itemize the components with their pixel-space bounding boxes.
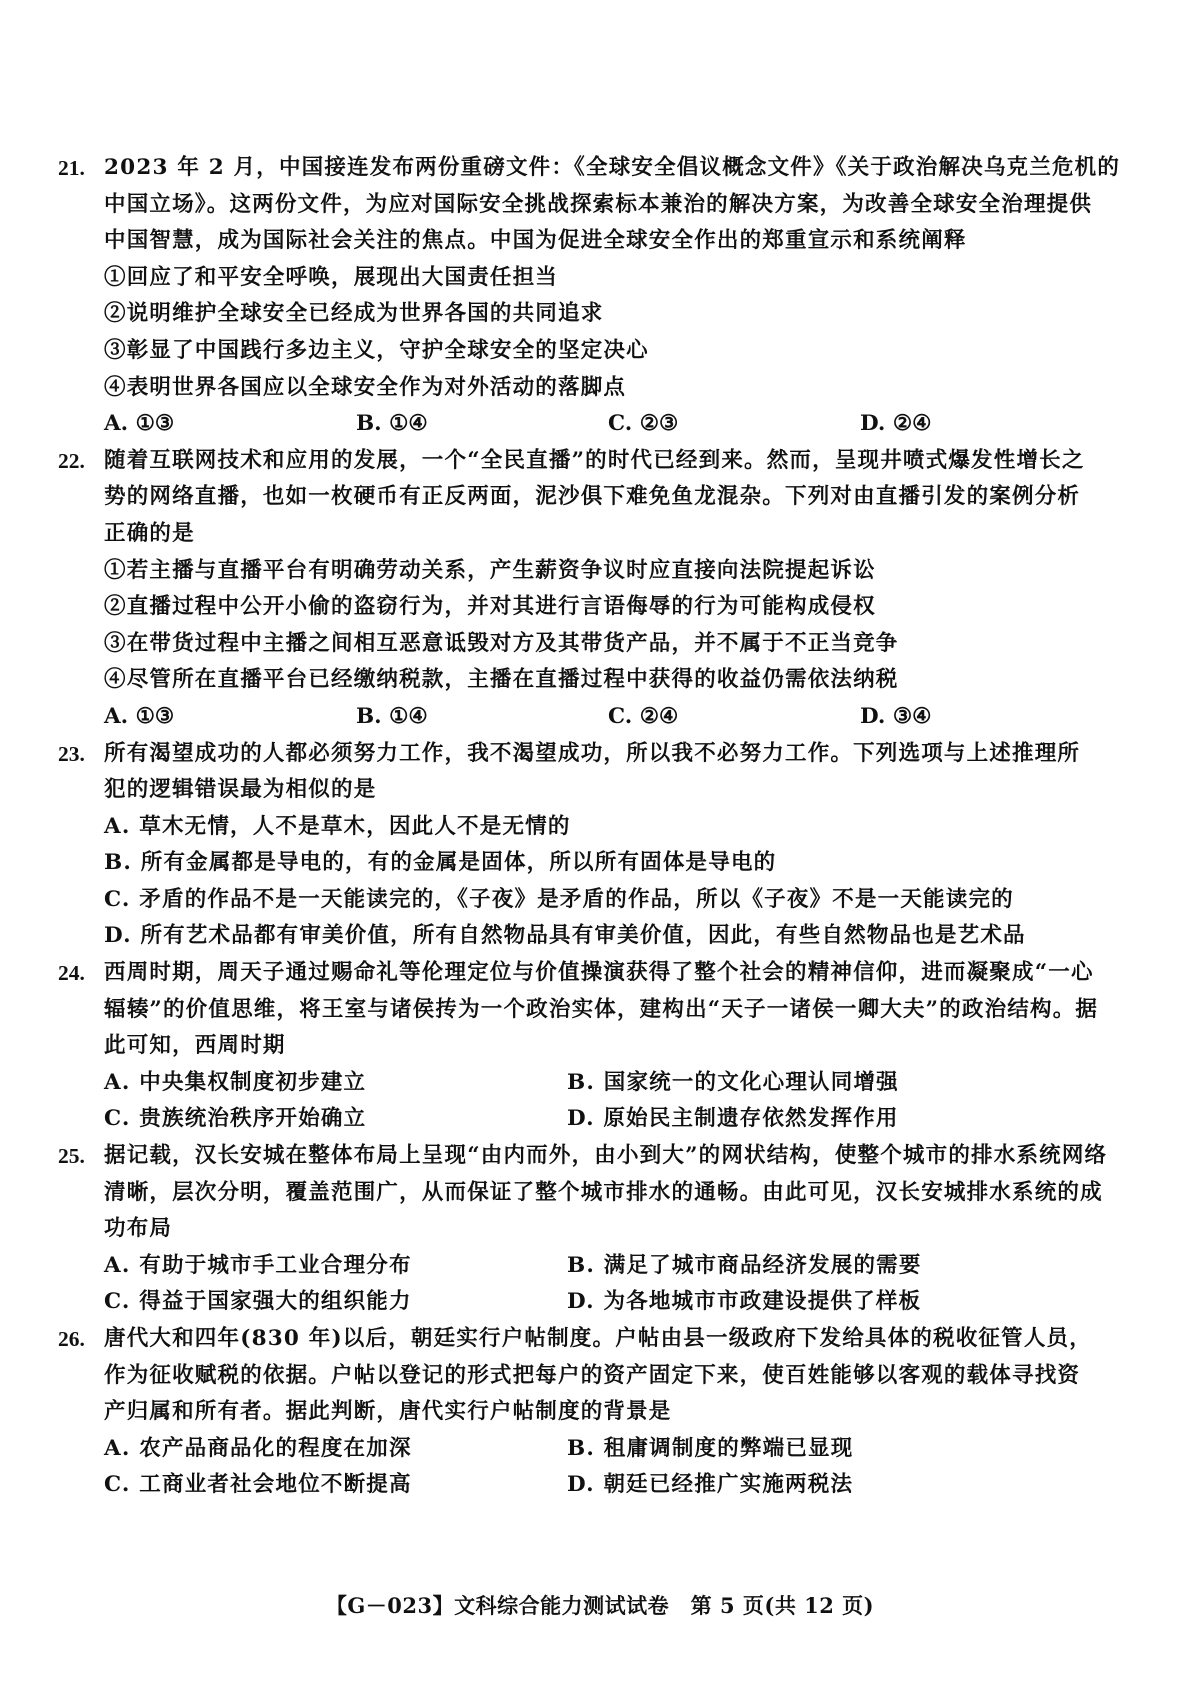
option-a: A. 有助于城市手工业合理分布 bbox=[104, 1248, 567, 1285]
statement-3: ③彰显了中国践行多边主义，守护全球安全的坚定决心 bbox=[104, 333, 1114, 370]
exam-page: 21. 2023 年 2 月，中国接连发布两份重磅文件：《全球安全倡议概念文件》… bbox=[0, 0, 1200, 1697]
statement-1: ①若主播与直播平台有明确劳动关系，产生薪资争议时应直接向法院提起诉讼 bbox=[104, 553, 1114, 590]
option-b: B. ①④ bbox=[356, 699, 608, 736]
stem-line: 犯的逻辑错误最为相似的是 bbox=[104, 772, 1114, 809]
question-24: 24. 西周时期，周天子通过赐命礼等伦理定位与价值操演获得了整个社会的精神信仰，… bbox=[104, 955, 1114, 1138]
stem-line: 唐代大和四年(830 年)以后，朝廷实行户帖制度。户帖由县一级政府下发给具体的税… bbox=[104, 1321, 1114, 1358]
stem-line: 正确的是 bbox=[104, 516, 1114, 553]
statement-1: ①回应了和平安全呼唤，展现出大国责任担当 bbox=[104, 260, 1114, 297]
option-d: D. 朝廷已经推广实施两税法 bbox=[567, 1467, 1030, 1504]
statement-4: ④表明世界各国应以全球安全作为对外活动的落脚点 bbox=[104, 370, 1114, 407]
statement-2: ②说明维护全球安全已经成为世界各国的共同追求 bbox=[104, 296, 1114, 333]
option-c: C. 贵族统治秩序开始确立 bbox=[104, 1101, 567, 1138]
option-c: C. 矛盾的作品不是一天能读完的，《子夜》是矛盾的作品，所以《子夜》不是一天能读… bbox=[104, 882, 1114, 919]
question-stem: 22. 随着互联网技术和应用的发展，一个“全民直播”的时代已经到来。然而，呈现井… bbox=[104, 443, 1114, 553]
option-b: B. 租庸调制度的弊端已显现 bbox=[567, 1431, 1030, 1468]
stem-line: 势的网络直播，也如一枚硬币有正反两面，泥沙俱下难免鱼龙混杂。下列对由直播引发的案… bbox=[104, 479, 1114, 516]
question-stem: 25. 据记载，汉长安城在整体布局上呈现“由内而外，由小到大”的网状结构，使整个… bbox=[104, 1138, 1114, 1248]
stem-line: 功布局 bbox=[104, 1211, 1114, 1248]
option-b: B. ①④ bbox=[356, 406, 608, 443]
option-a: A. 农产品商品化的程度在加深 bbox=[104, 1431, 567, 1468]
question-number: 25. bbox=[58, 1138, 85, 1175]
statement-2: ②直播过程中公开小偷的盗窃行为，并对其进行言语侮辱的行为可能构成侵权 bbox=[104, 589, 1114, 626]
stem-line: 中国智慧，成为国际社会关注的焦点。中国为促进全球安全作出的郑重宣示和系统阐释 bbox=[104, 223, 1114, 260]
stem-line: 作为征收赋税的依据。户帖以登记的形式把每户的资产固定下来，使百姓能够以客观的载体… bbox=[104, 1358, 1114, 1395]
option-a: A. 草木无情，人不是草木，因此人不是无情的 bbox=[104, 809, 1114, 846]
answer-options-row-2: C. 贵族统治秩序开始确立 D. 原始民主制遗存依然发挥作用 bbox=[104, 1101, 1114, 1138]
question-list: 21. 2023 年 2 月，中国接连发布两份重磅文件：《全球安全倡议概念文件》… bbox=[104, 150, 1114, 1504]
answer-options-row-1: A. 有助于城市手工业合理分布 B. 满足了城市商品经济发展的需要 bbox=[104, 1248, 1114, 1285]
option-d: D. 原始民主制遗存依然发挥作用 bbox=[567, 1101, 1030, 1138]
question-21: 21. 2023 年 2 月，中国接连发布两份重磅文件：《全球安全倡议概念文件》… bbox=[104, 150, 1114, 443]
option-b: B. 国家统一的文化心理认同增强 bbox=[567, 1065, 1030, 1102]
question-25: 25. 据记载，汉长安城在整体布局上呈现“由内而外，由小到大”的网状结构，使整个… bbox=[104, 1138, 1114, 1321]
question-stem: 21. 2023 年 2 月，中国接连发布两份重磅文件：《全球安全倡议概念文件》… bbox=[104, 150, 1114, 260]
option-d: D. 所有艺术品都有审美价值，所有自然物品具有审美价值，因此，有些自然物品也是艺… bbox=[104, 918, 1114, 955]
statement-3: ③在带货过程中主播之间相互恶意诋毁对方及其带货产品，并不属于不正当竞争 bbox=[104, 626, 1114, 663]
option-b: B. 满足了城市商品经济发展的需要 bbox=[567, 1248, 1030, 1285]
question-number: 23. bbox=[58, 736, 85, 773]
answer-options-row-2: C. 工商业者社会地位不断提高 D. 朝廷已经推广实施两税法 bbox=[104, 1467, 1114, 1504]
stem-line: 此可知，西周时期 bbox=[104, 1028, 1114, 1065]
option-c: C. ②③ bbox=[608, 406, 860, 443]
page-footer: 【G－023】文科综合能力测试试卷 第 5 页(共 12 页) bbox=[0, 1590, 1200, 1620]
option-c: C. 工商业者社会地位不断提高 bbox=[104, 1467, 567, 1504]
option-d: D. ③④ bbox=[860, 699, 1112, 736]
stem-line: 西周时期，周天子通过赐命礼等伦理定位与价值操演获得了整个社会的精神信仰，进而凝聚… bbox=[104, 955, 1114, 992]
question-number: 22. bbox=[58, 443, 85, 480]
stem-line: 产归属和所有者。据此判断，唐代实行户帖制度的背景是 bbox=[104, 1394, 1114, 1431]
option-d: D. 为各地城市市政建设提供了样板 bbox=[567, 1284, 1030, 1321]
question-26: 26. 唐代大和四年(830 年)以后，朝廷实行户帖制度。户帖由县一级政府下发给… bbox=[104, 1321, 1114, 1504]
stem-line: 据记载，汉长安城在整体布局上呈现“由内而外，由小到大”的网状结构，使整个城市的排… bbox=[104, 1138, 1114, 1175]
option-c: C. 得益于国家强大的组织能力 bbox=[104, 1284, 567, 1321]
answer-options: A. ①③ B. ①④ C. ②③ D. ②④ bbox=[104, 406, 1114, 443]
stem-line: 随着互联网技术和应用的发展，一个“全民直播”的时代已经到来。然而，呈现井喷式爆发… bbox=[104, 443, 1114, 480]
stem-line: 所有渴望成功的人都必须努力工作，我不渴望成功，所以我不必努力工作。下列选项与上述… bbox=[104, 736, 1114, 773]
stem-line: 辐辏”的价值思维，将王室与诸侯抟为一个政治实体，建构出“天子一诸侯一卿大夫”的政… bbox=[104, 992, 1114, 1029]
statement-4: ④尽管所在直播平台已经缴纳税款，主播在直播过程中获得的收益仍需依法纳税 bbox=[104, 662, 1114, 699]
question-stem: 23. 所有渴望成功的人都必须努力工作，我不渴望成功，所以我不必努力工作。下列选… bbox=[104, 736, 1114, 809]
option-d: D. ②④ bbox=[860, 406, 1112, 443]
question-stem: 26. 唐代大和四年(830 年)以后，朝廷实行户帖制度。户帖由县一级政府下发给… bbox=[104, 1321, 1114, 1431]
stem-line: 清晰，层次分明，覆盖范围广，从而保证了整个城市排水的通畅。由此可见，汉长安城排水… bbox=[104, 1175, 1114, 1212]
option-c: C. ②④ bbox=[608, 699, 860, 736]
question-number: 26. bbox=[58, 1321, 85, 1358]
question-number: 24. bbox=[58, 955, 85, 992]
question-stem: 24. 西周时期，周天子通过赐命礼等伦理定位与价值操演获得了整个社会的精神信仰，… bbox=[104, 955, 1114, 1065]
question-number: 21. bbox=[58, 150, 85, 187]
answer-options-row-1: A. 农产品商品化的程度在加深 B. 租庸调制度的弊端已显现 bbox=[104, 1431, 1114, 1468]
answer-options: A. 草木无情，人不是草木，因此人不是无情的 B. 所有金属都是导电的，有的金属… bbox=[104, 809, 1114, 955]
answer-options: A. ①③ B. ①④ C. ②④ D. ③④ bbox=[104, 699, 1114, 736]
option-a: A. ①③ bbox=[104, 406, 356, 443]
answer-options-row-2: C. 得益于国家强大的组织能力 D. 为各地城市市政建设提供了样板 bbox=[104, 1284, 1114, 1321]
question-23: 23. 所有渴望成功的人都必须努力工作，我不渴望成功，所以我不必努力工作。下列选… bbox=[104, 736, 1114, 956]
option-b: B. 所有金属都是导电的，有的金属是固体，所以所有固体是导电的 bbox=[104, 845, 1114, 882]
option-a: A. 中央集权制度初步建立 bbox=[104, 1065, 567, 1102]
stem-line: 2023 年 2 月，中国接连发布两份重磅文件：《全球安全倡议概念文件》《关于政… bbox=[104, 150, 1114, 187]
question-22: 22. 随着互联网技术和应用的发展，一个“全民直播”的时代已经到来。然而，呈现井… bbox=[104, 443, 1114, 736]
stem-line: 中国立场》。这两份文件，为应对国际安全挑战探索标本兼治的解决方案，为改善全球安全… bbox=[104, 187, 1114, 224]
answer-options-row-1: A. 中央集权制度初步建立 B. 国家统一的文化心理认同增强 bbox=[104, 1065, 1114, 1102]
option-a: A. ①③ bbox=[104, 699, 356, 736]
